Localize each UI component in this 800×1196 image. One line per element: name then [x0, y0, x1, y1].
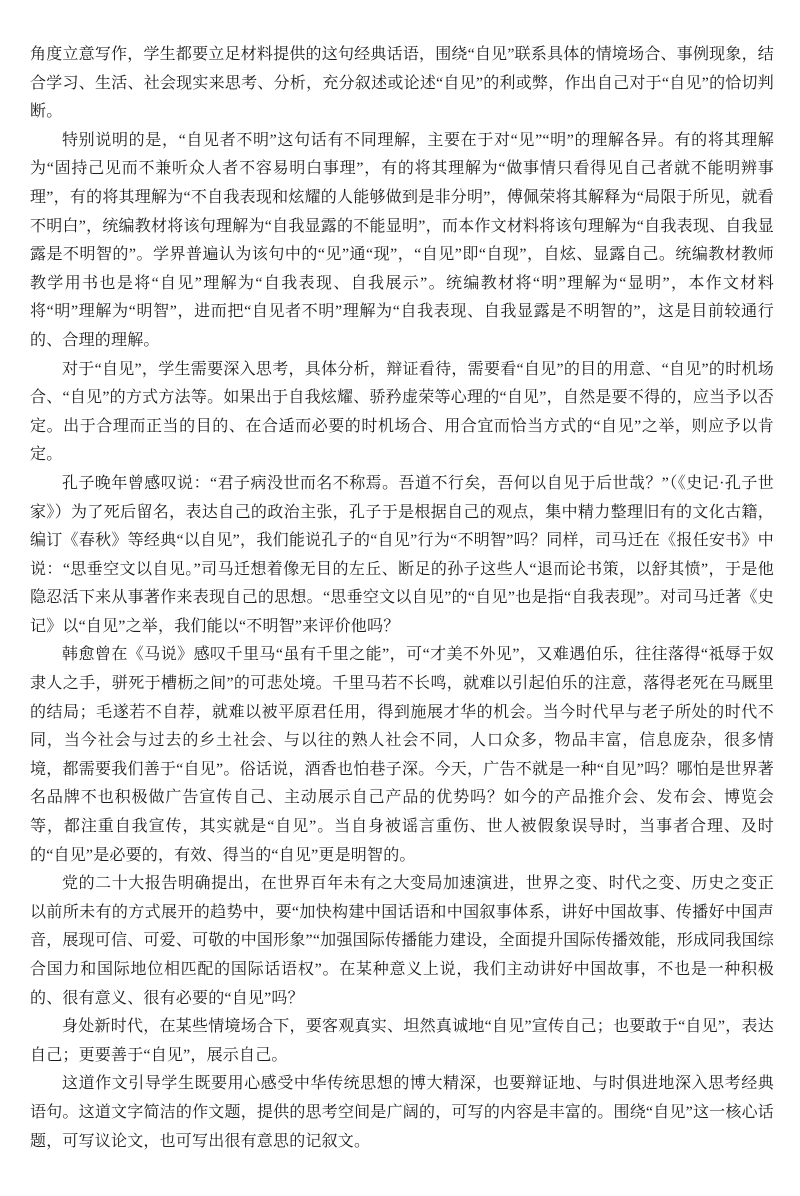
paragraph-new-era: 身处新时代，在某些情境场合下，要客观真实、坦然真诚地“自见”宣传自己；也要敢于“…	[30, 1013, 774, 1070]
paragraph-confucius-simaqian: 孔子晚年曾感叹说：“君子病没世而名不称焉。吾道不行矣，吾何以自见于后世哉？”（《…	[30, 470, 774, 642]
paragraph-conclusion: 这道作文引导学生既要用心感受中华传统思想的博大精深，也要辩证地、与时俱进地深入思…	[30, 1070, 774, 1156]
document-page: 角度立意写作，学生都要立足材料提供的这句经典话语，围绕“自见”联系具体的情境场合…	[0, 0, 800, 1196]
paragraph-dialectic-view: 对于“自见”，学生需要深入思考，具体分析，辩证看待，需要看“自见”的目的用意、“…	[30, 356, 774, 470]
paragraph-interpretations: 特别说明的是，“自见者不明”这句话有不同理解，主要在于对“见”“明”的理解各异。…	[30, 127, 774, 356]
paragraph-hanyu-modern-society: 韩愈曾在《马说》感叹千里马“虽有千里之能”，可“才美不外见”，又难遇伯乐，往往落…	[30, 641, 774, 870]
paragraph-party-congress-report: 党的二十大报告明确提出，在世界百年未有之大变局加速演进，世界之变、时代之变、历史…	[30, 870, 774, 1013]
paragraph-continuation: 角度立意写作，学生都要立足材料提供的这句经典话语，围绕“自见”联系具体的情境场合…	[30, 41, 774, 127]
